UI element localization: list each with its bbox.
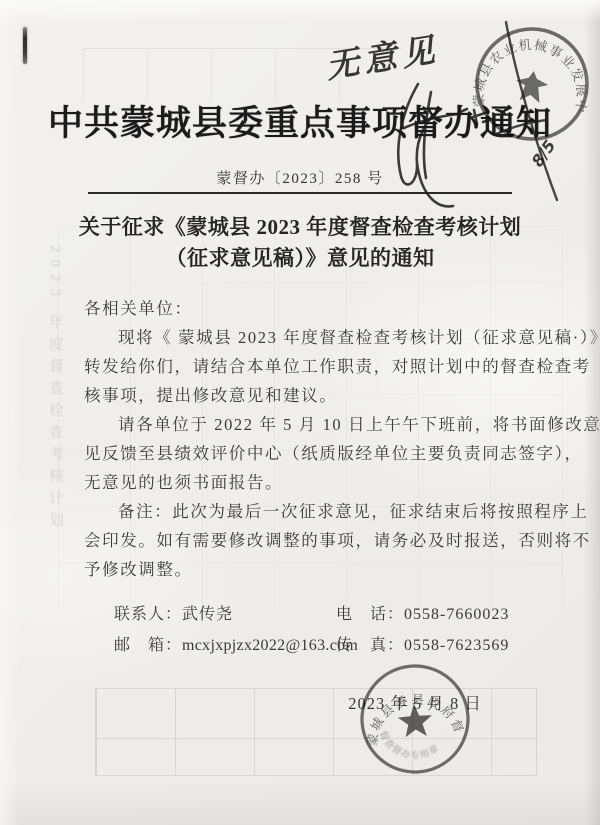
handwritten-annotation: 无意见 8/5 bbox=[300, 16, 600, 226]
official-stamp-bottom: 蒙城县委县政府督查室 督查督办专用章 bbox=[348, 652, 482, 786]
phone-number: 0558-7660023 bbox=[404, 606, 509, 623]
document-body: 各相关单位： 现将《 蒙城县 2023 年度督查检查考核计划（征求意见稿·）》 … bbox=[84, 294, 520, 584]
body-line: 备注：此次为最后一次征求意见，征求结束后将按照程序上 bbox=[84, 497, 520, 526]
email-label: 邮 箱： bbox=[114, 637, 182, 654]
body-line: 现将《 蒙城县 2023 年度督查检查考核计划（征求意见稿·）》 bbox=[84, 323, 520, 352]
salutation: 各相关单位： bbox=[84, 294, 520, 323]
body-line: 予修改调整。 bbox=[84, 555, 520, 584]
contact-right-1: 电 话：0558-7660023 bbox=[336, 602, 509, 628]
handwriting-note-text: 无意见 bbox=[322, 30, 442, 87]
bleedthrough-vertical-text: 2023 年度督查检查考核计划 bbox=[44, 245, 66, 605]
phone-label: 电 话： bbox=[336, 606, 404, 623]
staple-mark bbox=[23, 27, 27, 64]
contact-person-label: 联系人： bbox=[114, 606, 182, 623]
body-line: 见反馈至县绩效评价中心（纸质版经单位主要负责同志签字）， bbox=[84, 439, 520, 468]
contact-row-2: 邮 箱：mcxjxpjzx2022@163.com 传 真：0558-76235… bbox=[0, 633, 600, 659]
fax-number: 0558-7623569 bbox=[404, 637, 509, 654]
contact-row-1: 联系人：武传尧 电 话：0558-7660023 bbox=[0, 602, 600, 628]
handwritten-slash bbox=[496, 22, 557, 200]
contact-left-1: 联系人：武传尧 bbox=[114, 602, 233, 628]
handwritten-signature bbox=[398, 84, 492, 206]
body-line: 核事项，提出修改意见和建议。 bbox=[84, 381, 520, 410]
handwriting-date-text: 8/5 bbox=[528, 136, 560, 170]
contact-person-name: 武传尧 bbox=[182, 606, 233, 623]
contact-left-2: 邮 箱：mcxjxpjzx2022@163.com bbox=[114, 633, 358, 659]
body-line: 转发给你们，请结合本单位工作职责，对照计划中的督查检查考 bbox=[84, 352, 520, 381]
scanned-document-page: 2023 年度督查检查考核计划 中共蒙城县委重点事项督办通知 蒙督办〔2023〕… bbox=[0, 0, 600, 825]
body-line: 会印发。如有需要修改调整的事项，请务必及时报送，否则将不 bbox=[84, 526, 520, 555]
body-line: 无意见的也须书面报告。 bbox=[84, 468, 520, 497]
fax-label: 传 真： bbox=[336, 637, 404, 654]
subject-line-2: （征求意见稿）》意见的通知 bbox=[40, 243, 560, 274]
body-line: 请各单位于 2022 年 5 月 10 日上午午下班前，将书面修改意 bbox=[84, 410, 520, 439]
email-address: mcxjxpjzx2022@163.com bbox=[182, 637, 358, 654]
